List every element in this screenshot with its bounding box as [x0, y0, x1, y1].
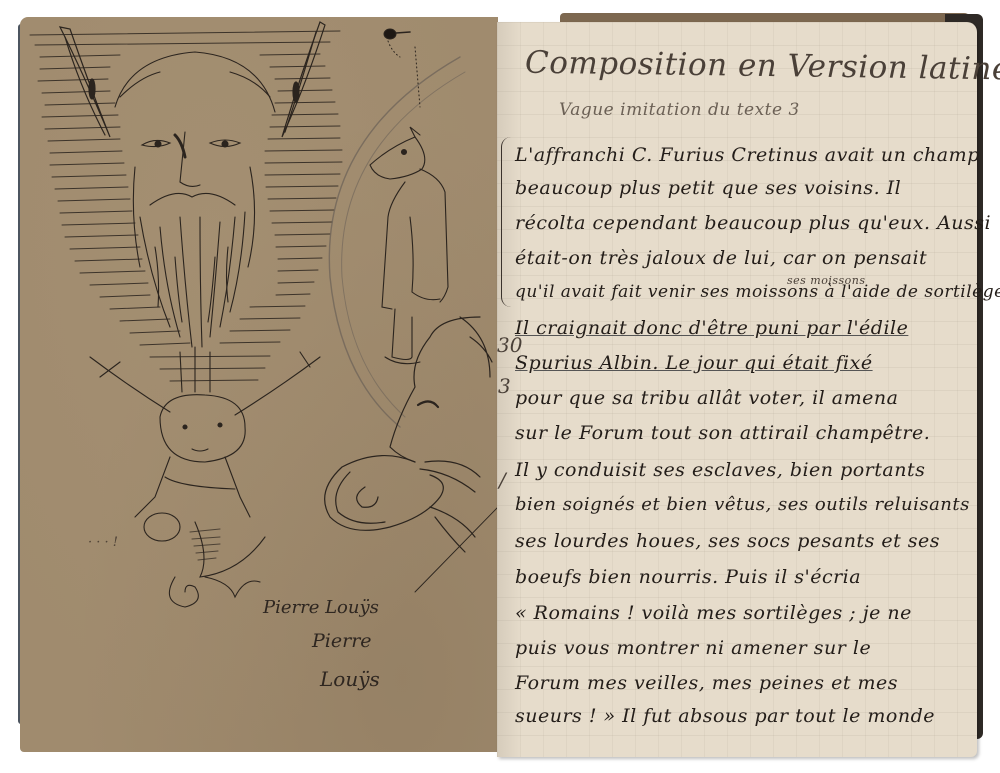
margin-mark-3: 3 [498, 374, 511, 398]
text-line-1: L'affranchi C. Furius Cretinus avait un … [515, 144, 980, 166]
text-line-4: était-on très jaloux de lui, car on pens… [515, 247, 927, 269]
signature-line-1: Pierre Louÿs [263, 597, 379, 618]
margin-mark-slash: / [499, 468, 506, 492]
text-line-14: « Romains ! voilà mes sortilèges ; je ne [515, 602, 912, 624]
open-notebook: · · · ! Pierre Louÿs Pierre Louÿs Compos… [0, 0, 1000, 773]
text-line-13: boeufs bien nourris. Puis il s'écria [515, 566, 861, 588]
text-line-10: Il y conduisit ses esclaves, bien portan… [515, 459, 925, 481]
text-line-2: beaucoup plus petit que ses voisins. Il [515, 177, 901, 199]
tree-creature [90, 347, 320, 607]
ink-blot [384, 29, 396, 39]
signature-line-3: Louÿs [320, 667, 380, 691]
pencil-arc [329, 57, 460, 427]
margin-brace [501, 137, 514, 307]
right-page-manuscript: Composition en Version latine Vague imit… [497, 22, 977, 757]
text-line-17: sueurs ! » Il fut absous par tout le mon… [515, 705, 935, 727]
text-line-8: pour que sa tribu allât voter, il amena [515, 387, 898, 409]
text-line-3: récolta cependant beaucoup plus qu'eux. … [515, 212, 991, 234]
text-line-9: sur le Forum tout son attirail champêtre… [515, 422, 930, 444]
page-title: Composition en Version latine [525, 45, 1000, 88]
text-line-16: Forum mes veilles, mes peines et mes [515, 672, 898, 694]
bearded-face [115, 52, 275, 347]
left-page-sketches: · · · ! Pierre Louÿs Pierre Louÿs [20, 17, 498, 752]
page-subtitle: Vague imitation du texte 3 [559, 100, 800, 120]
signature-line-2: Pierre [312, 630, 372, 652]
text-line-11: bien soignés et bien vêtus, ses outils r… [515, 494, 970, 515]
text-line-7: Spurius Albin. Le jour qui était fixé [515, 352, 873, 374]
text-line-15: puis vous montrer ni amener sur le [515, 637, 871, 659]
text-line-5: qu'il avait fait venir ses moissons à l'… [515, 282, 1000, 302]
scribble-marks: · · · ! [88, 535, 118, 550]
text-line-6: Il craignait donc d'être puni par l'édil… [515, 317, 908, 339]
text-line-12: ses lourdes houes, ses socs pesants et s… [515, 530, 940, 552]
sketch-drawings [20, 17, 498, 752]
